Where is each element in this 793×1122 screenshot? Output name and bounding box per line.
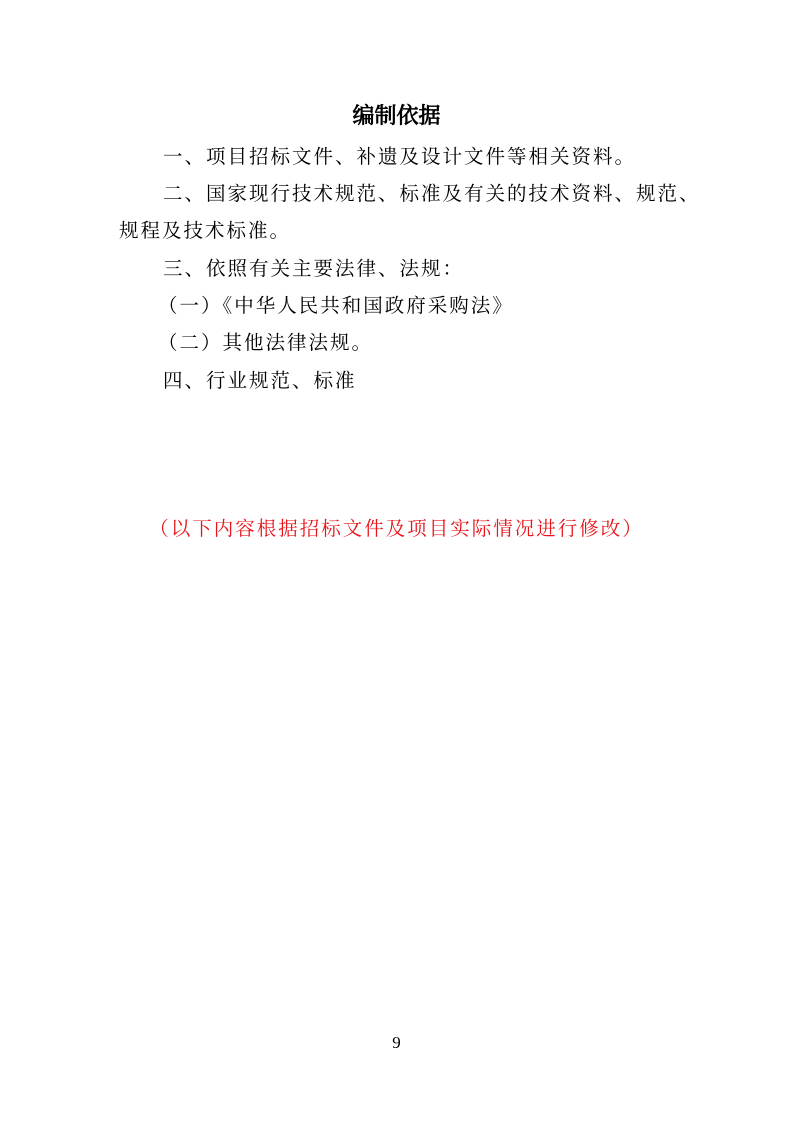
sub-item-2: （二）其他法律法规。 xyxy=(158,330,373,356)
page-number: 9 xyxy=(0,1033,793,1053)
paragraph-item-3: 三、依照有关主要法律、法规： xyxy=(163,256,464,282)
document-page: 编制依据 一、项目招标文件、补遗及设计文件等相关资料。 二、国家现行技术规范、标… xyxy=(0,0,793,1122)
paragraph-item-2: 二、国家现行技术规范、标准及有关的技术资料、规范、 xyxy=(163,181,701,207)
paragraph-item-1: 一、项目招标文件、补遗及设计文件等相关资料。 xyxy=(163,144,636,170)
sub-item-1: （一）《中华人民共和国政府采购法》 xyxy=(158,293,514,319)
paragraph-item-2-continued: 规程及技术标准。 xyxy=(119,218,291,244)
edit-note: （以下内容根据招标文件及项目实际情况进行修改） xyxy=(0,516,793,542)
page-title: 编制依据 xyxy=(0,103,793,131)
paragraph-item-4: 四、行业规范、标准 xyxy=(163,368,357,394)
